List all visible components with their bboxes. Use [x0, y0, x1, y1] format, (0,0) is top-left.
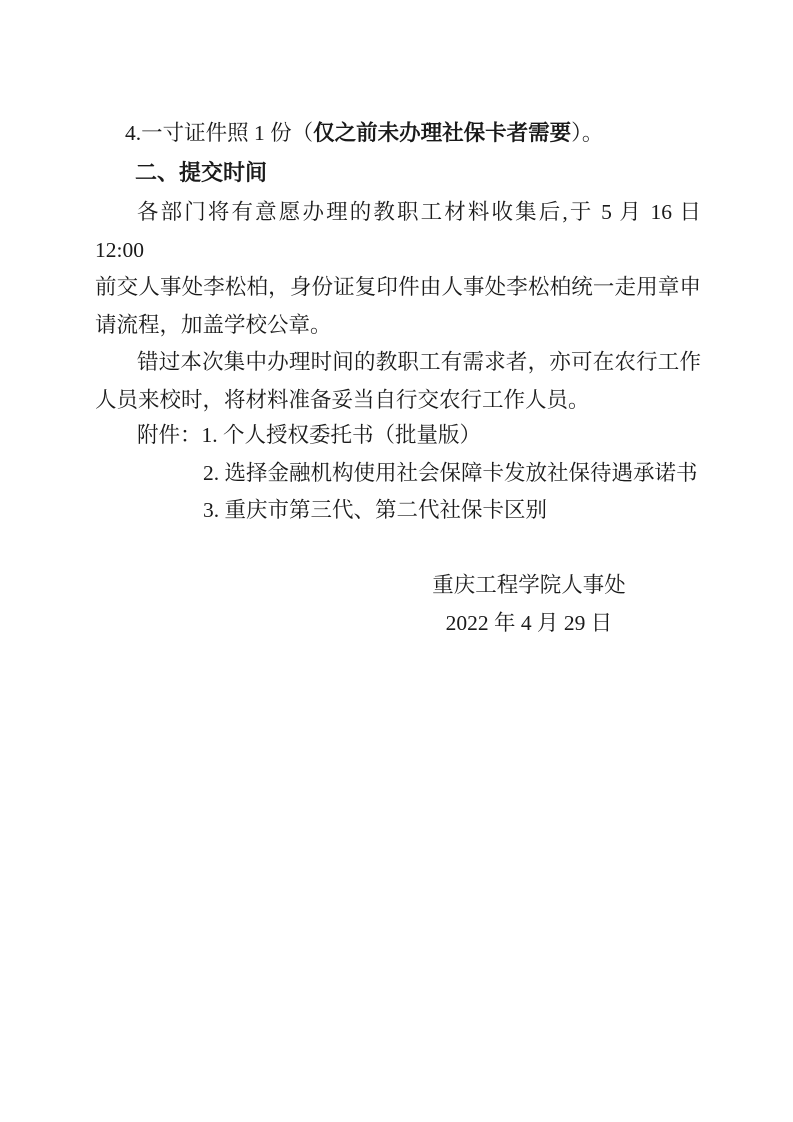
- attachments-section: 附件：1. 个人授权委托书（批量版） 2. 选择金融机构使用社会保障卡发放社保待…: [137, 417, 698, 530]
- paragraph-1-line-3: 请流程，加盖学校公章。: [95, 307, 701, 345]
- list-item-4-prefix: 4.一寸证件照 1 份（: [125, 121, 313, 145]
- paragraph-2-line-1: 错过本次集中办理时间的教职工有需求者，亦可在农行工作: [95, 344, 701, 382]
- paragraph-2-line-2: 人员来校时，将材料准备妥当自行交农行工作人员。: [95, 382, 701, 420]
- list-item-4-suffix: ）。: [571, 121, 603, 145]
- attachment-row-1: 附件：1. 个人授权委托书（批量版）: [137, 417, 698, 455]
- signature-org: 重庆工程学院人事处: [329, 567, 729, 605]
- document-page: 4.一寸证件照 1 份（仅之前未办理社保卡者需要）。 二、提交时间 各部门将有意…: [0, 0, 793, 1122]
- section-heading-submission-time: 二、提交时间: [135, 154, 267, 192]
- attachment-item-1: 1. 个人授权委托书（批量版）: [202, 423, 482, 447]
- body-text-block: 各部门将有意愿办理的教职工材料收集后,于 5 月 16 日 12:00 前交人事…: [95, 194, 701, 420]
- paragraph-1-line-2: 前交人事处李松柏，身份证复印件由人事处李松柏统一走用章申: [95, 269, 701, 307]
- list-item-4: 4.一寸证件照 1 份（仅之前未办理社保卡者需要）。: [125, 115, 603, 153]
- attachments-label: 附件：: [137, 423, 202, 447]
- attachment-item-3: 3. 重庆市第三代、第二代社保卡区别: [137, 492, 698, 530]
- signature-block: 重庆工程学院人事处 2022 年 4 月 29 日: [329, 567, 729, 642]
- attachment-item-2: 2. 选择金融机构使用社会保障卡发放社保待遇承诺书: [137, 455, 698, 493]
- paragraph-1-line-1: 各部门将有意愿办理的教职工材料收集后,于 5 月 16 日 12:00: [95, 194, 701, 269]
- signature-date: 2022 年 4 月 29 日: [329, 605, 729, 643]
- list-item-4-emphasis: 仅之前未办理社保卡者需要: [313, 121, 571, 145]
